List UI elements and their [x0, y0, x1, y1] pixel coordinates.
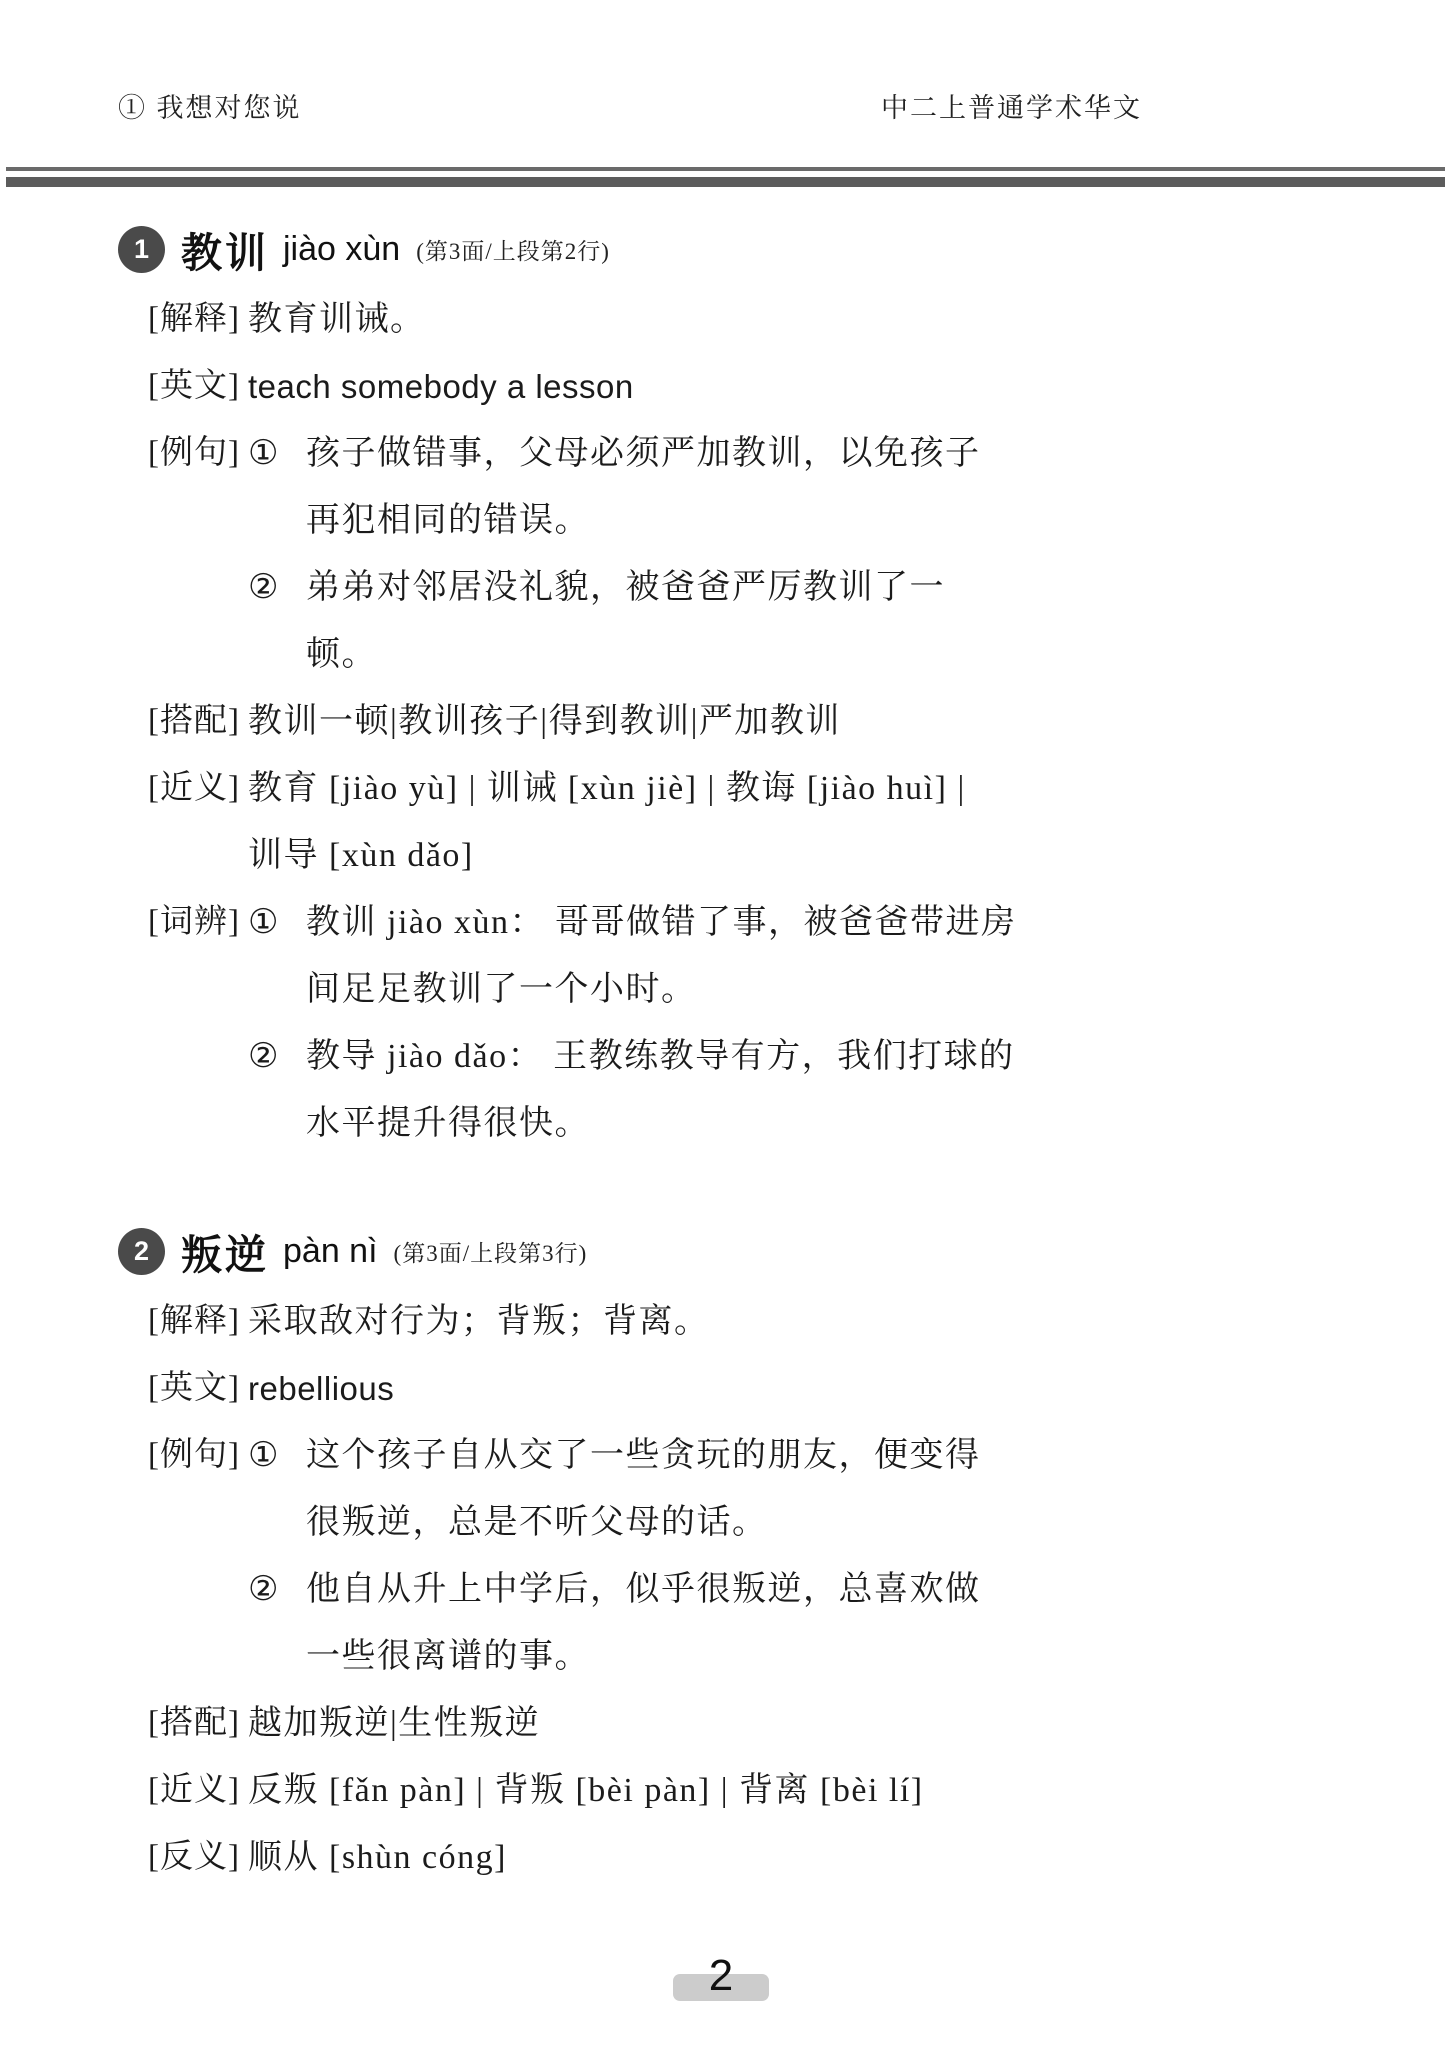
example-item-1: ① 这个孩子自从交了一些贪玩的朋友，便变得 很叛逆，总是不听父母的话。	[248, 1422, 1378, 1556]
jinyi-row: [近义] 教育 [jiào yù] | 训诫 [xùn jiè] | 教诲 [j…	[148, 755, 1378, 889]
text-line: 间足足教训了一个小时。	[306, 956, 1378, 1023]
header-divider	[6, 167, 1445, 187]
row-label-fanyi: [反义]	[148, 1824, 248, 1891]
discrimination-item-2: ② 教导 jiào dǎo： 王教练教导有方，我们打球的 水平提升得很快。	[248, 1023, 1378, 1157]
row-label-jieshi: [解释]	[148, 286, 248, 353]
row-content: 教育训诫。	[248, 286, 1378, 353]
jieshi-row: [解释] 采取敌对行为；背叛；背离。	[148, 1288, 1378, 1355]
text-line: 这个孩子自从交了一些贪玩的朋友，便变得	[306, 1422, 1378, 1489]
text-line: 教育 [jiào yù] | 训诫 [xùn jiè] | 教诲 [jiào h…	[248, 755, 1378, 822]
item-lines: 教训 jiào xùn： 哥哥做错了事，被爸爸带进房 间足足教训了一个小时。	[306, 889, 1378, 1023]
item-marker: ②	[248, 1556, 306, 1623]
item-marker: ①	[248, 420, 306, 487]
text-line: 训导 [xùn dǎo]	[248, 822, 1378, 889]
row-content: teach somebody a lesson	[248, 353, 1378, 420]
item-lines: 这个孩子自从交了一些贪玩的朋友，便变得 很叛逆，总是不听父母的话。	[306, 1422, 1378, 1556]
item-marker: ①	[248, 1422, 306, 1489]
row-label-jieshi: [解释]	[148, 1288, 248, 1355]
entry-pinyin: pàn nì	[283, 1232, 378, 1271]
example-item-2: ② 他自从升上中学后，似乎很叛逆，总喜欢做 一些很离谱的事。	[248, 1556, 1378, 1690]
example-item-1: ① 孩子做错事，父母必须严加教训，以免孩子 再犯相同的错误。	[248, 420, 1378, 554]
divider-thin-line	[6, 167, 1445, 171]
entry-word: 叛逆	[181, 1222, 269, 1281]
text-line: 越加叛逆|生性叛逆	[248, 1690, 1378, 1757]
text-line: 一些很离谱的事。	[306, 1623, 1378, 1690]
row-label-yingwen: [英文]	[148, 1355, 248, 1422]
entry-title: 1 教训 jiào xùn (第3面/上段第2行)	[118, 220, 1378, 278]
entry-pinyin: jiào xùn	[283, 230, 400, 269]
row-content: ① 教训 jiào xùn： 哥哥做错了事，被爸爸带进房 间足足教训了一个小时。…	[248, 889, 1378, 1157]
liju-row: [例句] ① 这个孩子自从交了一些贪玩的朋友，便变得 很叛逆，总是不听父母的话。…	[148, 1422, 1378, 1690]
discrimination-item-1: ① 教训 jiào xùn： 哥哥做错了事，被爸爸带进房 间足足教训了一个小时。	[248, 889, 1378, 1023]
entry-word: 教训	[181, 220, 269, 279]
row-label-yingwen: [英文]	[148, 353, 248, 420]
text-line: 他自从升上中学后，似乎很叛逆，总喜欢做	[306, 1556, 1378, 1623]
entry-body: [解释] 采取敌对行为；背叛；背离。 [英文] rebellious [例句] …	[148, 1288, 1378, 1891]
text-line-english: rebellious	[248, 1355, 1378, 1422]
item-lines: 弟弟对邻居没礼貌，被爸爸严厉教训了一 顿。	[306, 554, 1378, 688]
row-label-dapei: [搭配]	[148, 688, 248, 755]
row-content: rebellious	[248, 1355, 1378, 1422]
yingwen-row: [英文] rebellious	[148, 1355, 1378, 1422]
row-content: 顺从 [shùn cóng]	[248, 1824, 1378, 1891]
example-item-2: ② 弟弟对邻居没礼貌，被爸爸严厉教训了一 顿。	[248, 554, 1378, 688]
row-content: 反叛 [fǎn pàn] | 背叛 [bèi pàn] | 背离 [bèi lí…	[248, 1757, 1378, 1824]
row-label-dapei: [搭配]	[148, 1690, 248, 1757]
text-line: 水平提升得很快。	[306, 1090, 1378, 1157]
row-content: 采取敌对行为；背叛；背离。	[248, 1288, 1378, 1355]
entry-title: 2 叛逆 pàn nì (第3面/上段第3行)	[118, 1222, 1378, 1280]
entry-body: [解释] 教育训诫。 [英文] teach somebody a lesson …	[148, 286, 1378, 1157]
entry-source-ref: (第3面/上段第2行)	[416, 233, 610, 266]
row-label-jinyi: [近义]	[148, 1757, 248, 1824]
row-content: 越加叛逆|生性叛逆	[248, 1690, 1378, 1757]
entry-jiaoxun: 1 教训 jiào xùn (第3面/上段第2行) [解释] 教育训诫。 [英文…	[118, 220, 1378, 1157]
page-header: ① 我想对您说 中二上普通学术华文	[118, 86, 1142, 125]
page-number: 2	[673, 1953, 769, 1999]
jieshi-row: [解释] 教育训诫。	[148, 286, 1378, 353]
entry-number-badge: 2	[118, 1228, 165, 1275]
text-line: 很叛逆，总是不听父母的话。	[306, 1489, 1378, 1556]
liju-row: [例句] ① 孩子做错事，父母必须严加教训，以免孩子 再犯相同的错误。 ② 弟弟…	[148, 420, 1378, 688]
text-line: 教训一顿|教训孩子|得到教训|严加教训	[248, 688, 1378, 755]
dapei-row: [搭配] 教训一顿|教训孩子|得到教训|严加教训	[148, 688, 1378, 755]
entry-source-ref: (第3面/上段第3行)	[394, 1235, 588, 1268]
text-line: 采取敌对行为；背叛；背离。	[248, 1288, 1378, 1355]
row-label-liju: [例句]	[148, 420, 248, 487]
row-content: ① 孩子做错事，父母必须严加教训，以免孩子 再犯相同的错误。 ② 弟弟对邻居没礼…	[248, 420, 1378, 688]
text-line: 教导 jiào dǎo： 王教练教导有方，我们打球的	[306, 1023, 1378, 1090]
item-marker: ①	[248, 889, 306, 956]
text-line: 反叛 [fǎn pàn] | 背叛 [bèi pàn] | 背离 [bèi lí…	[248, 1757, 1378, 1824]
row-label-jinyi: [近义]	[148, 755, 248, 822]
text-line-english: teach somebody a lesson	[248, 353, 1378, 420]
item-marker: ②	[248, 554, 306, 621]
item-marker: ②	[248, 1023, 306, 1090]
text-line: 孩子做错事，父母必须严加教训，以免孩子	[306, 420, 1378, 487]
item-lines: 他自从升上中学后，似乎很叛逆，总喜欢做 一些很离谱的事。	[306, 1556, 1378, 1690]
jinyi-row: [近义] 反叛 [fǎn pàn] | 背叛 [bèi pàn] | 背离 [b…	[148, 1757, 1378, 1824]
row-label-liju: [例句]	[148, 1422, 248, 1489]
cibian-row: [词辨] ① 教训 jiào xùn： 哥哥做错了事，被爸爸带进房 间足足教训了…	[148, 889, 1378, 1157]
fanyi-row: [反义] 顺从 [shùn cóng]	[148, 1824, 1378, 1891]
text-line: 再犯相同的错误。	[306, 487, 1378, 554]
item-lines: 孩子做错事，父母必须严加教训，以免孩子 再犯相同的错误。	[306, 420, 1378, 554]
row-content: 教训一顿|教训孩子|得到教训|严加教训	[248, 688, 1378, 755]
text-line: 弟弟对邻居没礼貌，被爸爸严厉教训了一	[306, 554, 1378, 621]
row-content: 教育 [jiào yù] | 训诫 [xùn jiè] | 教诲 [jiào h…	[248, 755, 1378, 889]
entry-panni: 2 叛逆 pàn nì (第3面/上段第3行) [解释] 采取敌对行为；背叛；背…	[118, 1222, 1378, 1891]
text-line: 教育训诫。	[248, 286, 1378, 353]
divider-thick-line	[6, 177, 1445, 187]
yingwen-row: [英文] teach somebody a lesson	[148, 353, 1378, 420]
entry-number-badge: 1	[118, 226, 165, 273]
text-line: 教训 jiào xùn： 哥哥做错了事，被爸爸带进房	[306, 889, 1378, 956]
page-footer: 2	[673, 1948, 769, 2001]
row-content: ① 这个孩子自从交了一些贪玩的朋友，便变得 很叛逆，总是不听父母的话。 ② 他自…	[248, 1422, 1378, 1690]
item-lines: 教导 jiào dǎo： 王教练教导有方，我们打球的 水平提升得很快。	[306, 1023, 1378, 1157]
text-line: 顺从 [shùn cóng]	[248, 1824, 1378, 1891]
header-book-title: 中二上普通学术华文	[881, 86, 1142, 125]
header-chapter-title: ① 我想对您说	[118, 86, 302, 125]
row-label-cibian: [词辨]	[148, 889, 248, 956]
dapei-row: [搭配] 越加叛逆|生性叛逆	[148, 1690, 1378, 1757]
text-line: 顿。	[306, 621, 1378, 688]
